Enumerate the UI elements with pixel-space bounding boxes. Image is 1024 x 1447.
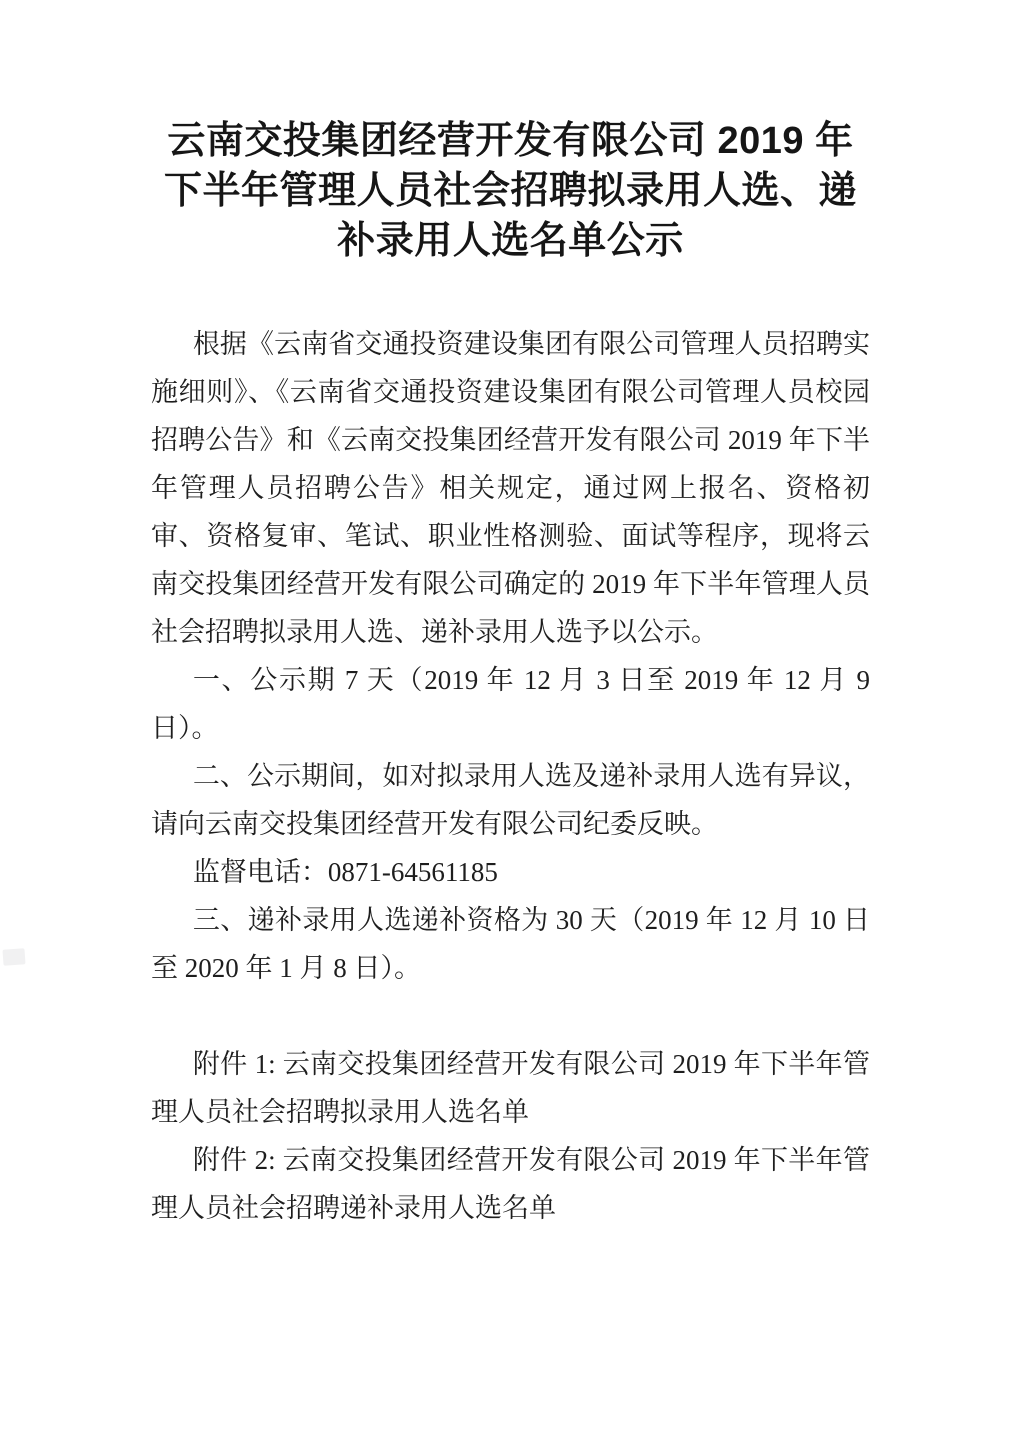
body-paragraph-item-1-publicity-period: 一、公示期 7 天（2019 年 12 月 3 日至 2019 年 12 月 9… — [151, 656, 870, 752]
attachment-line-1: 附件 1: 云南交投集团经营开发有限公司 2019 年下半年管理人员社会招聘拟录… — [151, 1040, 870, 1136]
body-paragraph-item-3-replacement-qualification: 三、递补录用人选递补资格为 30 天（2019 年 12 月 10 日至 202… — [151, 896, 870, 992]
body-paragraph-item-2-objections: 二、公示期间，如对拟录用人选及递补录用人选有异议，请向云南交投集团经营开发有限公… — [151, 752, 870, 848]
attachments-section: 附件 1: 云南交投集团经营开发有限公司 2019 年下半年管理人员社会招聘拟录… — [151, 1040, 870, 1232]
body-paragraph-intro: 根据《云南省交通投资建设集团有限公司管理人员招聘实施细则》、《云南省交通投资建设… — [151, 320, 870, 656]
document-page: 云南交投集团经营开发有限公司 2019 年下半年管理人员社会招聘拟录用人选、递补… — [0, 0, 1024, 1447]
body-paragraph-supervision-phone: 监督电话：0871-64561185 — [151, 848, 870, 896]
attachment-line-2: 附件 2: 云南交投集团经营开发有限公司 2019 年下半年管理人员社会招聘递补… — [151, 1136, 870, 1232]
document-title: 云南交投集团经营开发有限公司 2019 年下半年管理人员社会招聘拟录用人选、递补… — [151, 116, 870, 266]
document-content: 云南交投集团经营开发有限公司 2019 年下半年管理人员社会招聘拟录用人选、递补… — [151, 116, 870, 1232]
scan-artifact — [2, 948, 25, 965]
